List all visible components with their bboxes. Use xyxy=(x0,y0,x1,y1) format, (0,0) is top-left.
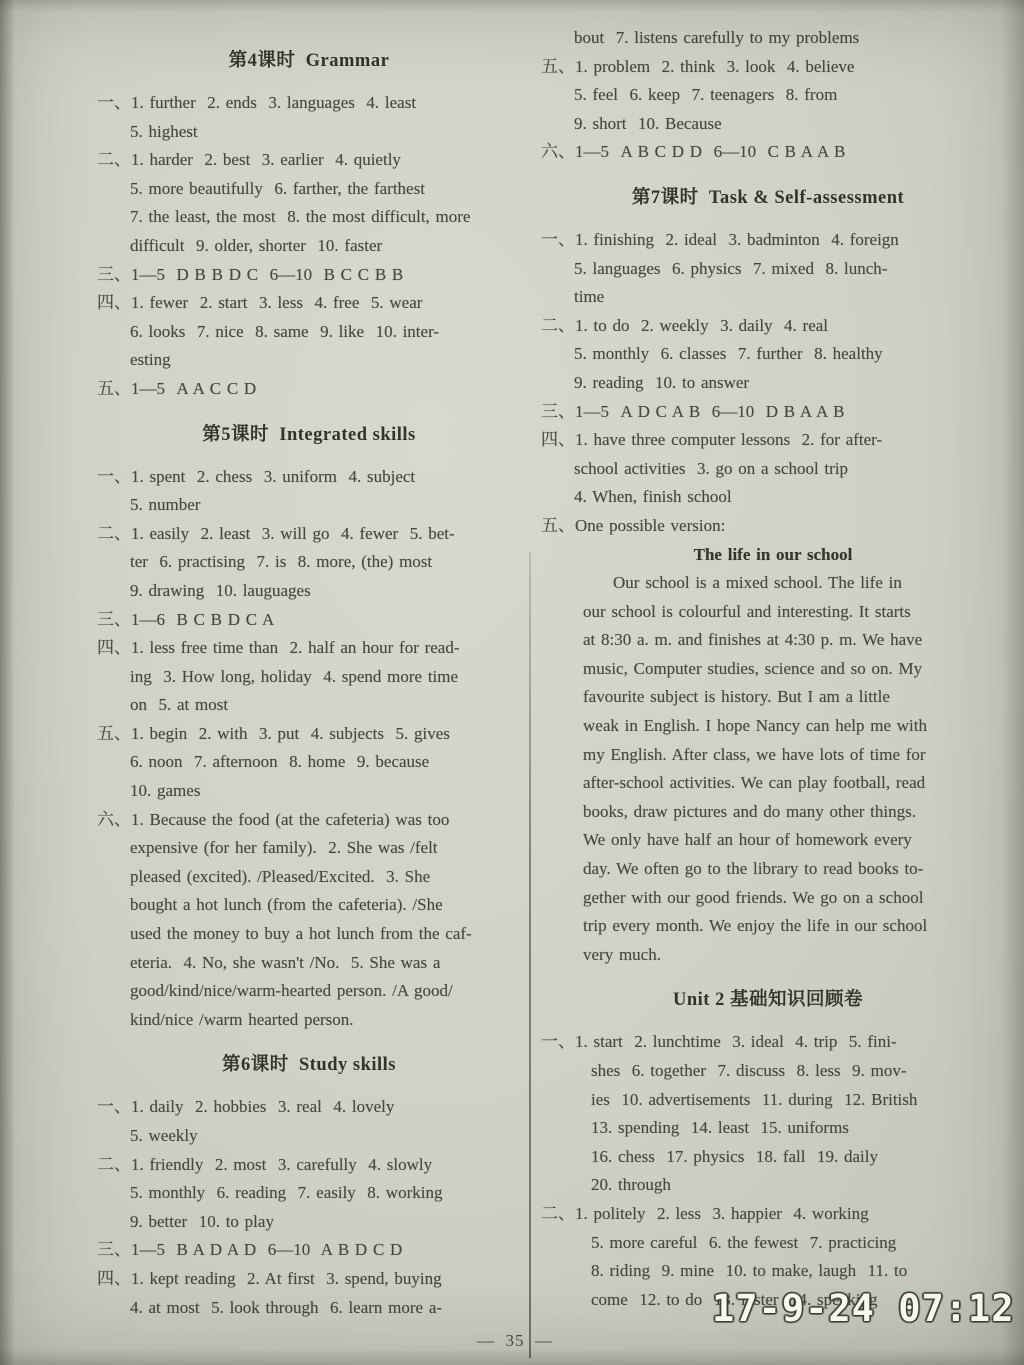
answer-line: after-school activities. We can play foo… xyxy=(541,769,995,798)
answer-line: 9. short 10. Because xyxy=(541,110,995,139)
answer-line: 五、1—5 A A C C D xyxy=(97,375,521,404)
answer-line: difficult 9. older, shorter 10. faster xyxy=(97,232,521,261)
answer-line: 一、1. further 2. ends 3. languages 4. lea… xyxy=(97,89,521,118)
answer-line: eteria. 4. No, she wasn't /No. 5. She wa… xyxy=(97,949,521,978)
answer-line: 9. better 10. to play xyxy=(97,1208,521,1237)
answer-line: Our school is a mixed school. The life i… xyxy=(541,569,995,598)
answer-line: 五、One possible version: xyxy=(541,512,995,541)
right-column: bout 7. listens carefully to my problems… xyxy=(541,24,995,1314)
answer-line: 20. through xyxy=(541,1171,995,1200)
answer-line: The life in our school xyxy=(541,541,995,570)
answer-line: 8. riding 9. mine 10. to make, laugh 11.… xyxy=(541,1257,995,1286)
answer-line: 三、1—5 B A D A D 6—10 A B D C D xyxy=(97,1236,521,1265)
answer-line: 5. monthly 6. reading 7. easily 8. worki… xyxy=(97,1179,521,1208)
answer-line: gether with our good friends. We go on a… xyxy=(541,884,995,913)
answer-line: 一、1. daily 2. hobbies 3. real 4. lovely xyxy=(97,1093,521,1122)
answer-line: 5. number xyxy=(97,491,521,520)
answer-line: 二、1. easily 2. least 3. will go 4. fewer… xyxy=(97,520,521,549)
answer-line: 一、1. start 2. lunchtime 3. ideal 4. trip… xyxy=(541,1028,995,1057)
answer-line: 4. at most 5. look through 6. learn more… xyxy=(97,1294,521,1323)
answer-line: 5. highest xyxy=(97,118,521,147)
answer-line: expensive (for her family). 2. She was /… xyxy=(97,834,521,863)
answer-line: 四、1. less free time than 2. half an hour… xyxy=(97,634,521,663)
answer-line: 6. looks 7. nice 8. same 9. like 10. int… xyxy=(97,318,521,347)
answer-line: used the money to buy a hot lunch from t… xyxy=(97,920,521,949)
answer-line: 六、1. Because the food (at the cafeteria)… xyxy=(97,806,521,835)
answer-line: bought a hot lunch (from the cafeteria).… xyxy=(97,891,521,920)
section-heading: 第6课时 Study skills xyxy=(97,1050,521,1080)
answer-line: 9. reading 10. to answer xyxy=(541,369,995,398)
answer-line: 二、1. politely 2. less 3. happier 4. work… xyxy=(541,1200,995,1229)
answer-line: 三、1—5 D B B D C 6—10 B C C B B xyxy=(97,261,521,290)
answer-line: favourite subject is history. But I am a… xyxy=(541,683,995,712)
answer-line: shes 6. together 7. discuss 8. less 9. m… xyxy=(541,1057,995,1086)
answer-line: 5. feel 6. keep 7. teenagers 8. from xyxy=(541,81,995,110)
answer-line: 16. chess 17. physics 18. fall 19. daily xyxy=(541,1143,995,1172)
answer-line: bout 7. listens carefully to my problems xyxy=(541,24,995,53)
answer-line: 5. more beautifully 6. farther, the fart… xyxy=(97,175,521,204)
camera-timestamp: 17-9-24 07:12 xyxy=(712,1287,1015,1330)
answer-line: We only have half an hour of homework ev… xyxy=(541,826,995,855)
answer-line: 4. When, finish school xyxy=(541,483,995,512)
answer-line: our school is colourful and interesting.… xyxy=(541,598,995,627)
answer-line: 9. drawing 10. lauguages xyxy=(97,577,521,606)
answer-line: 5. more careful 6. the fewest 7. practic… xyxy=(541,1229,995,1258)
answer-line: 五、1. problem 2. think 3. look 4. believe xyxy=(541,53,995,82)
answer-line: weak in English. I hope Nancy can help m… xyxy=(541,712,995,741)
answer-line: music, Computer studies, science and so … xyxy=(541,655,995,684)
answer-line: 三、1—5 A D C A B 6—10 D B A A B xyxy=(541,398,995,427)
answer-line: ies 10. advertisements 11. during 12. Br… xyxy=(541,1086,995,1115)
answer-line: 一、1. finishing 2. ideal 3. badminton 4. … xyxy=(541,226,995,255)
section-heading: 第5课时 Integrated skills xyxy=(97,420,521,450)
answer-line: time xyxy=(541,283,995,312)
answer-line: on 5. at most xyxy=(97,691,521,720)
answer-line: my English. After class, we have lots of… xyxy=(541,741,995,770)
section-heading: 第4课时 Grammar xyxy=(97,46,521,76)
answer-line: very much. xyxy=(541,941,995,970)
answer-line: 13. spending 14. least 15. uniforms xyxy=(541,1114,995,1143)
answer-line: ing 3. How long, holiday 4. spend more t… xyxy=(97,663,521,692)
answer-line: trip every month. We enjoy the life in o… xyxy=(541,912,995,941)
section-heading: 第7课时 Task & Self-assessment xyxy=(541,183,995,213)
left-column: 第4课时 Grammar一、1. further 2. ends 3. lang… xyxy=(97,46,521,1322)
answer-line: 5. weekly xyxy=(97,1122,521,1151)
answer-key-page-photo: { "page": { "page_number": "— 35 —", "ti… xyxy=(0,0,1024,1365)
answer-line: esting xyxy=(97,346,521,375)
answer-line: 四、1. kept reading 2. At first 3. spend, … xyxy=(97,1265,521,1294)
answer-line: 10. games xyxy=(97,777,521,806)
column-divider xyxy=(529,552,531,1358)
answer-line: day. We often go to the library to read … xyxy=(541,855,995,884)
answer-line: 7. the least, the most 8. the most diffi… xyxy=(97,203,521,232)
answer-line: 6. noon 7. afternoon 8. home 9. because xyxy=(97,748,521,777)
answer-line: school activities 3. go on a school trip xyxy=(541,455,995,484)
answer-line: pleased (excited). /Pleased/Excited. 3. … xyxy=(97,863,521,892)
answer-line: 三、1—6 B C B D C A xyxy=(97,606,521,635)
section-heading: Unit 2 基础知识回顾卷 xyxy=(541,985,995,1015)
answer-line: 六、1—5 A B C D D 6—10 C B A A B xyxy=(541,138,995,167)
answer-line: good/kind/nice/warm-hearted person. /A g… xyxy=(97,977,521,1006)
answer-line: 二、1. friendly 2. most 3. carefully 4. sl… xyxy=(97,1151,521,1180)
answer-line: 5. languages 6. physics 7. mixed 8. lunc… xyxy=(541,255,995,284)
answer-line: 四、1. have three computer lessons 2. for … xyxy=(541,426,995,455)
answer-line: at 8:30 a. m. and finishes at 4:30 p. m.… xyxy=(541,626,995,655)
answer-line: ter 6. practising 7. is 8. more, (the) m… xyxy=(97,548,521,577)
answer-line: kind/nice /warm hearted person. xyxy=(97,1006,521,1035)
page-number: — 35 — xyxy=(445,1331,585,1351)
answer-line: 四、1. fewer 2. start 3. less 4. free 5. w… xyxy=(97,289,521,318)
answer-line: 五、1. begin 2. with 3. put 4. subjects 5.… xyxy=(97,720,521,749)
answer-line: 二、1. to do 2. weekly 3. daily 4. real xyxy=(541,312,995,341)
answer-line: books, draw pictures and do many other t… xyxy=(541,798,995,827)
answer-line: 二、1. harder 2. best 3. earlier 4. quietl… xyxy=(97,146,521,175)
answer-line: 一、1. spent 2. chess 3. uniform 4. subjec… xyxy=(97,463,521,492)
answer-line: 5. monthly 6. classes 7. further 8. heal… xyxy=(541,340,995,369)
